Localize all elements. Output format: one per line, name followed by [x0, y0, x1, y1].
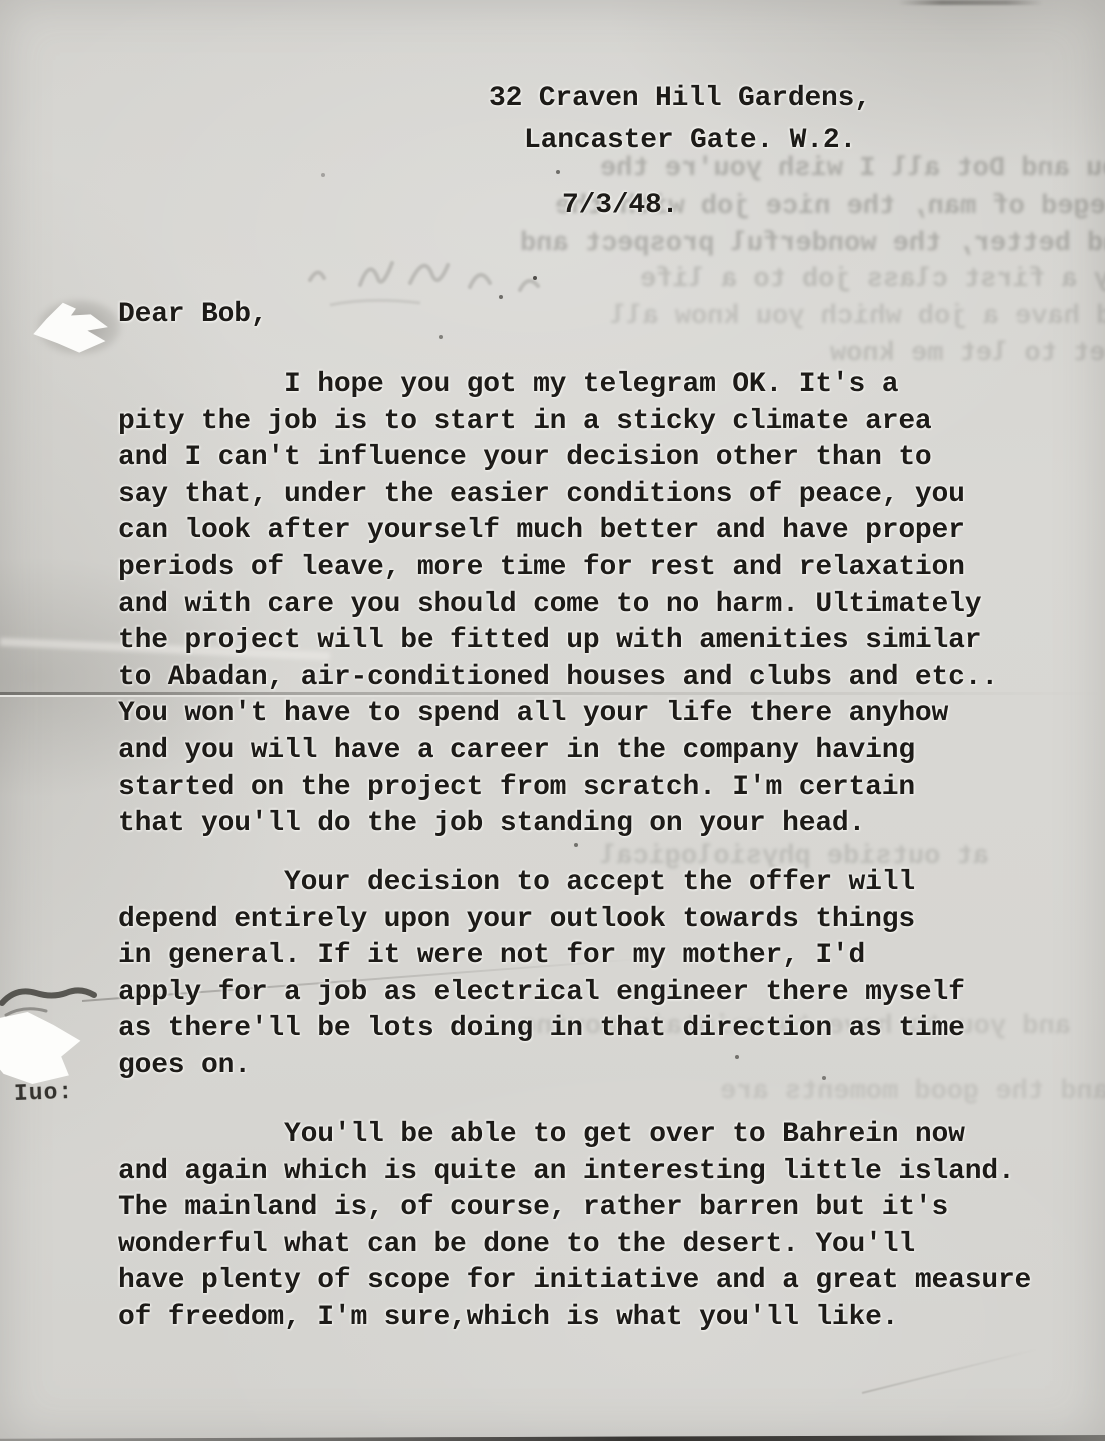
margin-artifact-text: Iuo: [14, 1079, 74, 1107]
bleedthrough-text: plenty a first class job to a life [640, 263, 1105, 297]
paragraph-1: I hope you got my telegram OK. It's a pi… [118, 367, 998, 843]
sender-address-line1: 32 Craven Hill Gardens, [489, 81, 871, 118]
letter-date: 7/3/48. [562, 188, 678, 225]
bottom-scan-edge [0, 1434, 1105, 1441]
sender-address-line2: Lancaster Gate. W.2. [524, 123, 856, 160]
scratch-mark [862, 1348, 1037, 1393]
letter-page: you and Dot all I wish you're the privil… [0, 0, 1105, 1441]
paragraph-2: Your decision to accept the offer will d… [118, 865, 965, 1085]
ink-specks [0, 0, 4, 4]
bleedthrough-text: ive and have a job which you know all [610, 300, 1105, 334]
top-scan-smudge [898, 0, 1043, 5]
salutation: Dear Bob, [118, 297, 267, 334]
pencil-smudge [300, 235, 640, 315]
bleedthrough-text: am't forget to let me know [830, 337, 1105, 371]
paragraph-3: You'll be able to get over to Bahrein no… [118, 1117, 1031, 1337]
